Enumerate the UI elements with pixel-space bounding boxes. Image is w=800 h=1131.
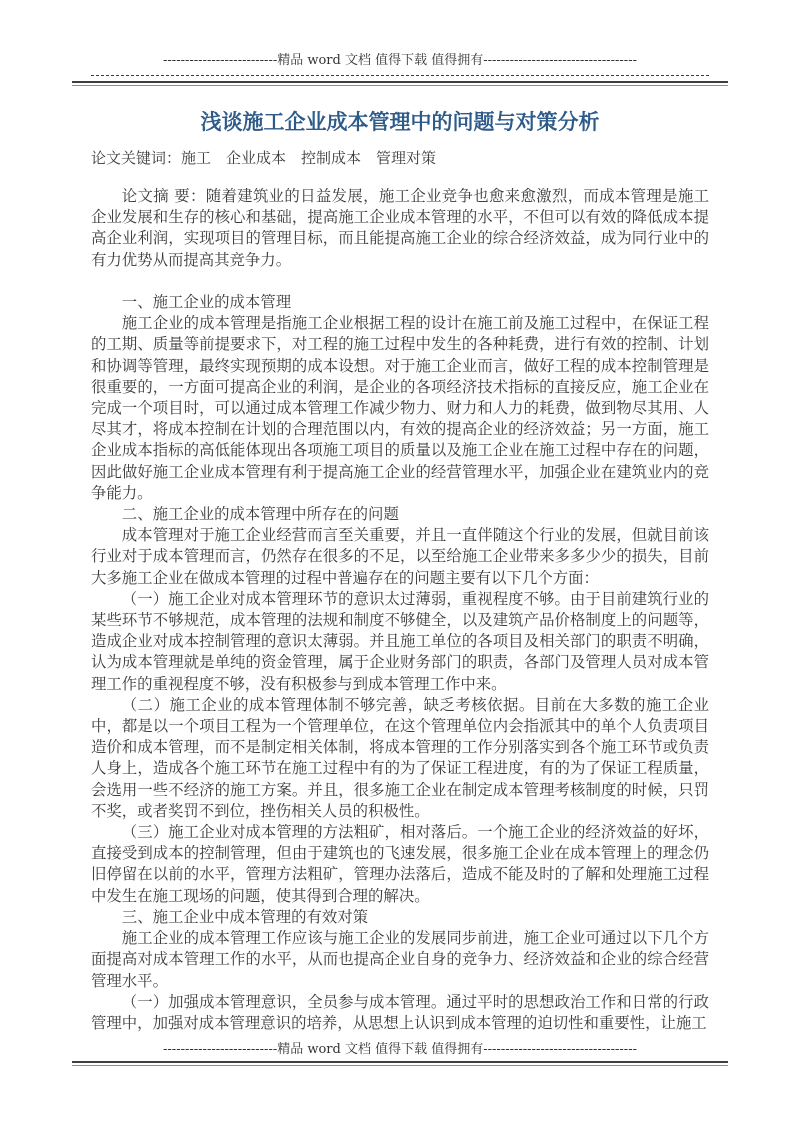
footer-banner-text: --------------------------精品 word 文档 值得下… — [91, 1041, 709, 1058]
section-heading-3: 三、施工企业中成本管理的有效对策 — [91, 907, 709, 928]
section-heading-1: 一、施工企业的成本管理 — [91, 292, 709, 313]
body-paragraph: （二）施工企业的成本管理体制不够完善，缺乏考核依据。目前在大多数的施工企业中，都… — [91, 695, 709, 822]
body-paragraph: 成本管理对于施工企业经营而言至关重要，并且一直伴随这个行业的发展，但就目前该行业… — [91, 525, 709, 589]
document-body: 论文摘 要：随着建筑业的日益发展，施工企业竞争也愈来愈激烈，而成本管理是施工企业… — [91, 186, 709, 1034]
section-heading-2: 二、施工企业的成本管理中所存在的问题 — [91, 504, 709, 525]
body-paragraph: 施工企业的成本管理是指施工企业根据工程的设计在施工前及施工过程中，在保证工程的工… — [91, 313, 709, 504]
header-banner-text: --------------------------精品 word 文档 值得下… — [91, 52, 709, 69]
page-footer: --------------------------精品 word 文档 值得下… — [91, 1041, 709, 1066]
document-title: 浅谈施工企业成本管理中的问题与对策分析 — [91, 108, 709, 137]
blank-line — [91, 271, 709, 292]
document-content: 浅谈施工企业成本管理中的问题与对策分析 论文关键词：施工 企业成本 控制成本 管… — [91, 108, 709, 1034]
header-dashed-line — [91, 75, 709, 76]
body-paragraph: （一）加强成本管理意识，全员参与成本管理。通过平时的思想政治工作和日常的行政管理… — [91, 992, 709, 1034]
keywords-line: 论文关键词：施工 企业成本 控制成本 管理对策 — [91, 148, 709, 169]
body-paragraph: （三）施工企业对成本管理的方法粗矿，相对落后。一个施工企业的经济效益的好坏，直接… — [91, 822, 709, 907]
document-page: --------------------------精品 word 文档 值得下… — [0, 0, 800, 1131]
page-header: --------------------------精品 word 文档 值得下… — [91, 0, 709, 86]
abstract-paragraph: 论文摘 要：随着建筑业的日益发展，施工企业竞争也愈来愈激烈，而成本管理是施工企业… — [91, 186, 709, 271]
body-paragraph: （一）施工企业对成本管理环节的意识太过薄弱，重视程度不够。由于目前建筑行业的某些… — [91, 589, 709, 695]
footer-border-line — [72, 1061, 728, 1066]
header-border-line — [72, 81, 728, 86]
body-paragraph: 施工企业的成本管理工作应该与施工企业的发展同步前进，施工企业可通过以下几个方面提… — [91, 928, 709, 992]
